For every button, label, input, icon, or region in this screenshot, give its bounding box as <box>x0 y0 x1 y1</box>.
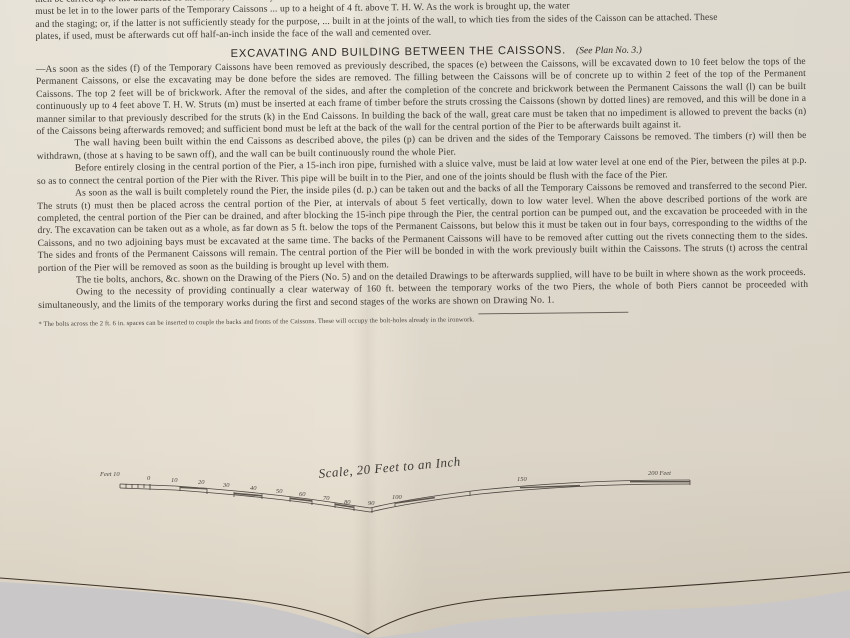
scale-tick-label: 150 <box>517 476 527 483</box>
scale-bar-graphic <box>0 0 850 638</box>
scale-tick-label: 100 <box>392 494 402 501</box>
scale-left-label: Feet 10 <box>100 471 120 478</box>
scale-tick-label: 90 <box>368 500 375 507</box>
scale-tick-label: 60 <box>299 491 306 498</box>
scale-bar: Scale, 20 Feet to an Inch Feet 10 0 10 2… <box>0 0 850 638</box>
scale-tick-label: 0 <box>147 475 150 482</box>
scale-right-label: 200 Feet <box>648 470 671 477</box>
scale-tick-label: 80 <box>344 499 351 506</box>
scale-tick-label: 30 <box>223 482 230 489</box>
scale-tick-label: 50 <box>276 488 283 495</box>
scale-tick-label: 70 <box>323 495 330 502</box>
scale-tick-label: 10 <box>171 477 178 484</box>
scale-tick-label: 20 <box>198 479 205 486</box>
scale-tick-label: 40 <box>250 485 257 492</box>
